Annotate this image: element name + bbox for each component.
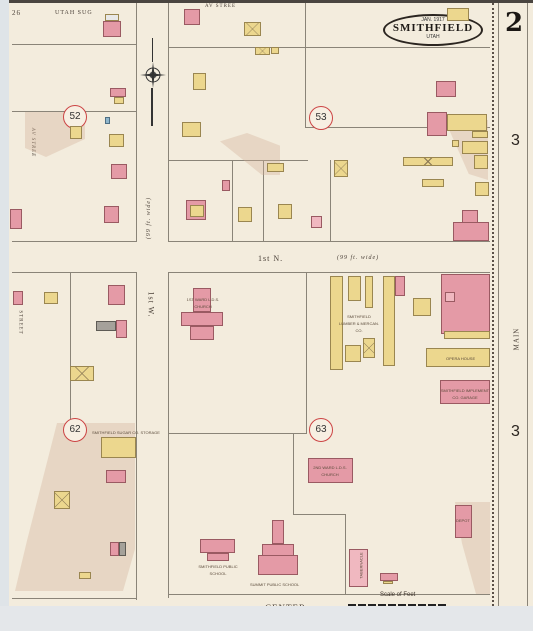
building-brick — [311, 216, 322, 228]
building-lumber-shed — [383, 276, 395, 366]
block-53-west — [168, 3, 169, 242]
lot-line — [306, 272, 307, 434]
adjacent-sheet-upper: 3 — [511, 132, 520, 150]
building-frame — [348, 276, 361, 301]
block-62-east — [136, 272, 137, 600]
main-street-curb — [498, 3, 499, 606]
building-frame — [452, 140, 459, 147]
building-frame — [413, 298, 431, 316]
street-label-main: MAIN — [512, 328, 520, 351]
building-iron-clad — [96, 321, 116, 331]
building-brick — [395, 276, 405, 296]
building-frame — [474, 155, 488, 169]
building-frame-barn — [363, 338, 375, 358]
street-width-1st-n: (99 ft. wide) — [337, 255, 379, 261]
sheet-number: 2 — [505, 8, 523, 38]
lot-line — [168, 433, 306, 434]
building-brick — [436, 81, 456, 97]
scan-edge-top — [0, 0, 533, 3]
compass-needle — [151, 88, 153, 126]
building-brick — [116, 320, 127, 338]
north-arrow-icon — [152, 38, 153, 62]
building-frame — [114, 97, 124, 104]
building-frame — [70, 126, 82, 139]
label-sugar-storage: SMITHFIELD SUGAR CO. STORAGE — [92, 429, 160, 436]
label-lumber-company: SMITHFIELD LUMBER & MERCAN. CO. — [339, 313, 379, 334]
building-frame — [475, 182, 489, 196]
lot-line — [168, 47, 490, 48]
street-label-1st-w: 1st W. — [147, 291, 156, 317]
lot-line — [345, 514, 346, 594]
building-brick — [111, 164, 127, 179]
block-63-south — [168, 594, 490, 595]
street-label-1st-n: 1st N. — [258, 254, 283, 263]
building-frame — [193, 73, 206, 90]
building-brick — [222, 180, 230, 191]
building-frame-barn — [403, 157, 453, 166]
block-62-south — [12, 598, 136, 599]
block-number-63: 63 — [309, 418, 333, 442]
building-commercial-block — [441, 274, 490, 334]
building-brick — [110, 88, 126, 97]
label-second-ward-church: 2ND WARD L.D.S. CHURCH — [310, 464, 350, 478]
building-frame — [383, 581, 393, 584]
lot-line — [293, 433, 294, 515]
label-first-ward-church: 1ST WARD L.D.S. CHURCH — [186, 296, 220, 310]
top-left-sheet-ref: 26 — [12, 9, 21, 17]
street-label-left-lower: STREET — [18, 310, 23, 334]
building-frame — [271, 47, 279, 54]
lot-line — [12, 44, 136, 45]
building-frame — [278, 204, 292, 219]
building-frame — [109, 134, 124, 147]
building-smithfield-school-rear — [207, 553, 229, 561]
block-63-north — [168, 272, 490, 273]
building-brick — [110, 542, 119, 556]
building-summit-school-wings — [258, 555, 298, 575]
map-title: SMITHFIELD — [385, 22, 481, 34]
compass-rose-icon — [140, 62, 166, 88]
building-frame — [182, 122, 201, 137]
street-label-top-mid: AV STREE — [205, 4, 236, 9]
building-brick — [427, 112, 447, 136]
block-52-east — [136, 3, 137, 242]
building-brick — [453, 222, 489, 241]
building-frame — [422, 179, 444, 187]
label-depot: DEPOT — [456, 517, 470, 524]
building-frame-barn — [334, 160, 348, 177]
building-frame — [238, 207, 252, 222]
label-opera-house: OPERA HOUSE — [446, 355, 475, 362]
adjacent-sheet-lower: 3 — [511, 423, 520, 441]
map-sheet: 26 UTAH SUG AV STREE JAN. 1917 SMITHFIEL… — [0, 0, 533, 631]
scale-label: Scale of Feet — [380, 592, 415, 599]
main-street-edge — [527, 3, 528, 606]
building-ward-church-rear — [190, 326, 214, 340]
building-other — [105, 14, 119, 21]
building-frame — [447, 114, 487, 131]
building-brick — [380, 573, 398, 581]
lot-line — [232, 160, 233, 242]
lot-line — [293, 514, 345, 515]
building-frame-barn — [70, 366, 94, 381]
building-frame-barn — [255, 47, 270, 55]
block-62-north — [12, 272, 136, 273]
block-52-south — [12, 241, 136, 242]
street-label-top: UTAH SUG — [55, 10, 93, 16]
block-63-west — [168, 272, 169, 598]
building-frame — [472, 131, 488, 138]
main-street-sidewalk — [492, 3, 494, 606]
building-brick — [104, 206, 119, 223]
block-number-62: 62 — [63, 418, 87, 442]
building-frame — [444, 331, 490, 339]
block-53-south — [168, 241, 490, 242]
lot-line — [168, 160, 308, 161]
building-frame — [365, 276, 373, 308]
building-brick — [10, 209, 22, 229]
building-brick — [13, 291, 23, 305]
building-frame — [447, 8, 469, 21]
building-brick — [103, 21, 121, 37]
building-frame — [79, 572, 91, 579]
building-brick — [108, 285, 125, 305]
label-implement-garage: SMITHFIELD IMPLEMENT CO. GARAGE — [440, 387, 490, 401]
label-smithfield-school: SMITHFIELD PUBLIC SCHOOL — [196, 563, 240, 577]
building-iron-clad — [119, 542, 126, 556]
lot-line — [305, 3, 306, 127]
lot-line — [70, 272, 71, 422]
block-number-53: 53 — [309, 106, 333, 130]
lot-line — [330, 160, 331, 242]
building-frame-barn — [244, 22, 261, 36]
building-smithfield-school — [200, 539, 235, 553]
building-brick — [106, 470, 126, 483]
building-sugar-storage — [101, 437, 136, 458]
building-frame-barn — [54, 491, 70, 509]
map-state: UTAH — [385, 34, 481, 40]
scan-edge-left — [0, 0, 9, 631]
street-width-1st-w: (99 ft. wide) — [146, 197, 152, 239]
building-summit-school-tower — [272, 520, 284, 544]
building-frame — [267, 163, 284, 172]
building-frame — [190, 205, 204, 217]
label-summit-school: SUMMIT PUBLIC SCHOOL — [250, 581, 299, 588]
scan-edge-bottom — [0, 606, 533, 631]
label-tabernacle: TABERNACLE — [358, 552, 365, 578]
building-stone — [105, 117, 110, 124]
building-ward-church-nave — [181, 312, 223, 326]
building-frame — [44, 292, 58, 304]
building-brick — [445, 292, 455, 302]
building-brick — [184, 9, 200, 25]
building-frame — [462, 141, 488, 154]
building-frame — [345, 345, 361, 362]
